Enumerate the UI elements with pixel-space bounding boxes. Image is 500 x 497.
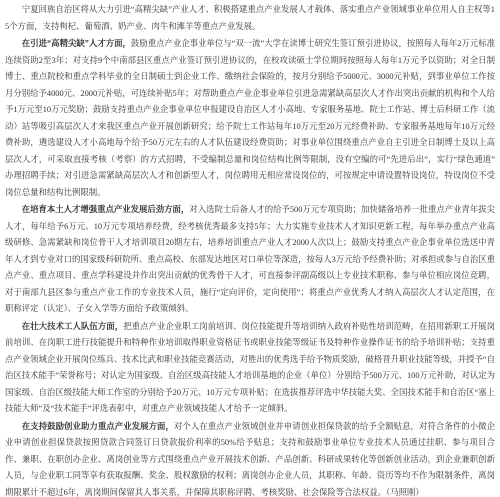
byline: （马照刚）: [386, 488, 424, 497]
skilled-workers-paragraph: 在壮大技术工人队伍方面，把重点产业企业职工岗前培训、岗位技能提升等培训纳入政府补…: [5, 318, 495, 418]
intro-paragraph: 宁夏回族自治区将从大力引进“高精尖缺”产业人才、积极搭建重点产业发展人才载体、落…: [5, 2, 495, 35]
local-talent-cultivation-heading: 在培育本土人才增强重点产业发展后劲方面，: [22, 204, 190, 214]
talent-introduction-text: 鼓励重点产业企事业单位与“双一流”大学在读博士研究生签订预引进协议，按照每人每年…: [5, 39, 495, 197]
entrepreneurship-support-heading: 在支持鼓励创业助力重点产业发展方面，: [22, 421, 174, 431]
skilled-workers-text: 把重点产业企业职工岗前培训、岗位技能提升等培训纳入政府补贴性培训范畴，在招用新职…: [5, 322, 495, 414]
article-page: 宁夏回族自治区将从大力引进“高精尖缺”产业人才、积极搭建重点产业发展人才载体、落…: [0, 0, 500, 497]
entrepreneurship-support-paragraph: 在支持鼓励创业助力重点产业发展方面，对个人在重点产业领域创业并申请创业担保贷款的…: [5, 418, 495, 497]
intro-paragraph-text: 宁夏回族自治区将从大力引进“高精尖缺”产业人才、积极搭建重点产业发展人才载体、落…: [5, 5, 495, 31]
entrepreneurship-support-text: 对个人在重点产业领域创业并申请创业担保贷款的给予全额贴息，对符合条件的小微企业申…: [5, 422, 495, 497]
local-talent-cultivation-paragraph: 在培育本土人才增强重点产业发展后劲方面，对入选院士后备人才的给予500万元专项资…: [5, 201, 495, 318]
talent-introduction-paragraph: 在引进“高精尖缺”人才方面，鼓励重点产业企事业单位与“双一流”大学在读博士研究生…: [5, 35, 495, 201]
skilled-workers-heading: 在壮大技术工人队伍方面，: [22, 321, 123, 331]
talent-introduction-heading: 在引进“高精尖缺”人才方面，: [22, 38, 131, 48]
local-talent-cultivation-text: 对入选院士后备人才的给予500万元专项资助；加快储备培养一批重点产业青年拔尖人才…: [5, 205, 495, 313]
